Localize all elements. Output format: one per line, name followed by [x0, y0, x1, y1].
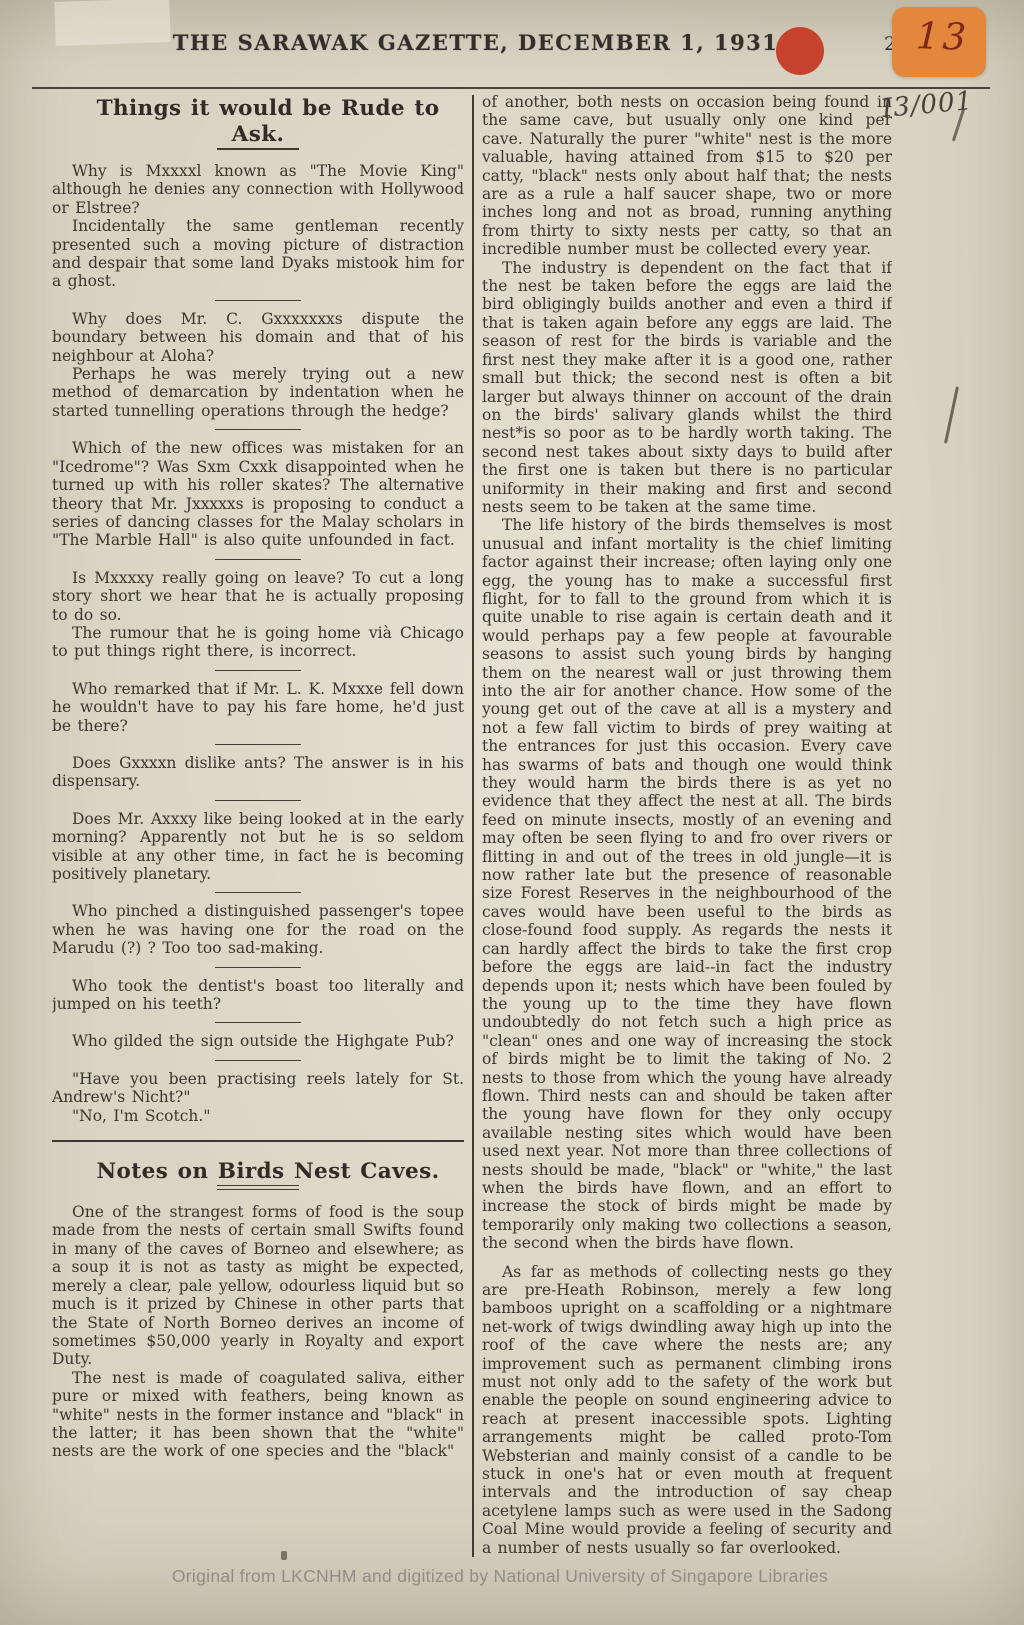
item-divider-rule: [215, 670, 301, 671]
item-divider-rule: [215, 800, 301, 801]
rude-item: Why is Mxxxxl known as "The Movie King" …: [52, 162, 464, 291]
red-sticker-dot: [776, 27, 824, 75]
item-divider-rule: [215, 892, 301, 893]
item-divider-rule: [215, 1022, 301, 1023]
paragraph: Which of the new offices was mistaken fo…: [52, 439, 464, 549]
masthead-title: THE SARAWAK GAZETTE, DECEMBER 1, 1931.: [150, 30, 810, 55]
paragraph: Who gilded the sign outside the Highgate…: [52, 1032, 464, 1050]
nests-paragraphs-container: One of the strangest forms of food is th…: [52, 1203, 464, 1461]
paragraph: Perhaps he was merely trying out a new m…: [52, 365, 464, 420]
rude-item: Why does Mr. C. Gxxxxxxxs dispute the bo…: [52, 310, 464, 420]
paragraph: Why does Mr. C. Gxxxxxxxs dispute the bo…: [52, 310, 464, 365]
paragraph: Does Mr. Axxxy like being looked at in t…: [52, 810, 464, 884]
rude-item: Who pinched a distinguished passenger's …: [52, 902, 464, 957]
section-divider-rule: [52, 1140, 464, 1143]
paragraph: Is Mxxxxy really going on leave? To cut …: [52, 569, 464, 624]
paragraph: The nest is made of coagulated saliva, e…: [52, 1369, 464, 1461]
paragraph: Who pinched a distinguished passenger's …: [52, 902, 464, 957]
paragraph: As far as methods of collecting nests go…: [482, 1263, 892, 1558]
rude-item: "Have you been practising reels lately f…: [52, 1070, 464, 1125]
sticky-note-number: 13: [915, 14, 970, 59]
item-divider-rule: [215, 429, 301, 430]
section-title-nests: Notes on Birds Nest Caves.: [52, 1159, 464, 1185]
paragraph: The rumour that he is going home vià Chi…: [52, 624, 464, 661]
paragraph: Why is Mxxxxl known as "The Movie King" …: [52, 162, 464, 217]
scanned-newspaper-page: THE SARAWAK GAZETTE, DECEMBER 1, 1931. 2…: [0, 0, 1024, 1625]
paragraph: The industry is dependent on the fact th…: [482, 259, 892, 517]
paragraph: Who remarked that if Mr. L. K. Mxxxe fel…: [52, 680, 464, 735]
rude-items-container: Why is Mxxxxl known as "The Movie King" …: [52, 162, 464, 1125]
paragraph: Who took the dentist's boast too literal…: [52, 977, 464, 1014]
sticky-note: 13: [892, 7, 986, 77]
item-divider-rule: [215, 1060, 301, 1061]
left-column: Things it would be Rude to Ask. Why is M…: [52, 96, 464, 1558]
pen-mark: [944, 386, 959, 443]
right-column: of another, both nests on occasion being…: [482, 93, 892, 1561]
paragraph: of another, both nests on occasion being…: [482, 93, 892, 259]
rude-item: Who gilded the sign outside the Highgate…: [52, 1032, 464, 1050]
paragraph: Incidentally the same gentleman recently…: [52, 217, 464, 291]
rude-item: Who took the dentist's boast too literal…: [52, 977, 464, 1014]
paragraph: One of the strangest forms of food is th…: [52, 1203, 464, 1369]
item-divider-rule: [215, 559, 301, 560]
rude-item: Is Mxxxxy really going on leave? To cut …: [52, 569, 464, 661]
item-divider-rule: [215, 744, 301, 745]
rude-item: Who remarked that if Mr. L. K. Mxxxe fel…: [52, 680, 464, 735]
paragraph: Does Gxxxxn dislike ants? The answer is …: [52, 754, 464, 791]
item-divider-rule: [215, 967, 301, 968]
section-title-rude: Things it would be Rude to Ask.: [52, 96, 464, 148]
rude-item: Does Mr. Axxxy like being looked at in t…: [52, 810, 464, 884]
header-rule: [32, 87, 990, 89]
item-divider-rule: [215, 300, 301, 301]
title-rule: [217, 1185, 299, 1190]
column-divider-rule: [472, 95, 474, 1557]
paragraph: "Have you been practising reels lately f…: [52, 1070, 464, 1107]
paragraph: The life history of the birds themselves…: [482, 516, 892, 1252]
rude-item: Does Gxxxxn dislike ants? The answer is …: [52, 754, 464, 791]
rude-item: Which of the new offices was mistaken fo…: [52, 439, 464, 549]
title-rule: [217, 148, 299, 150]
paragraph: "No, I'm Scotch.": [52, 1107, 464, 1125]
digitization-credit: Original from LKCNHM and digitized by Na…: [0, 1566, 1000, 1587]
